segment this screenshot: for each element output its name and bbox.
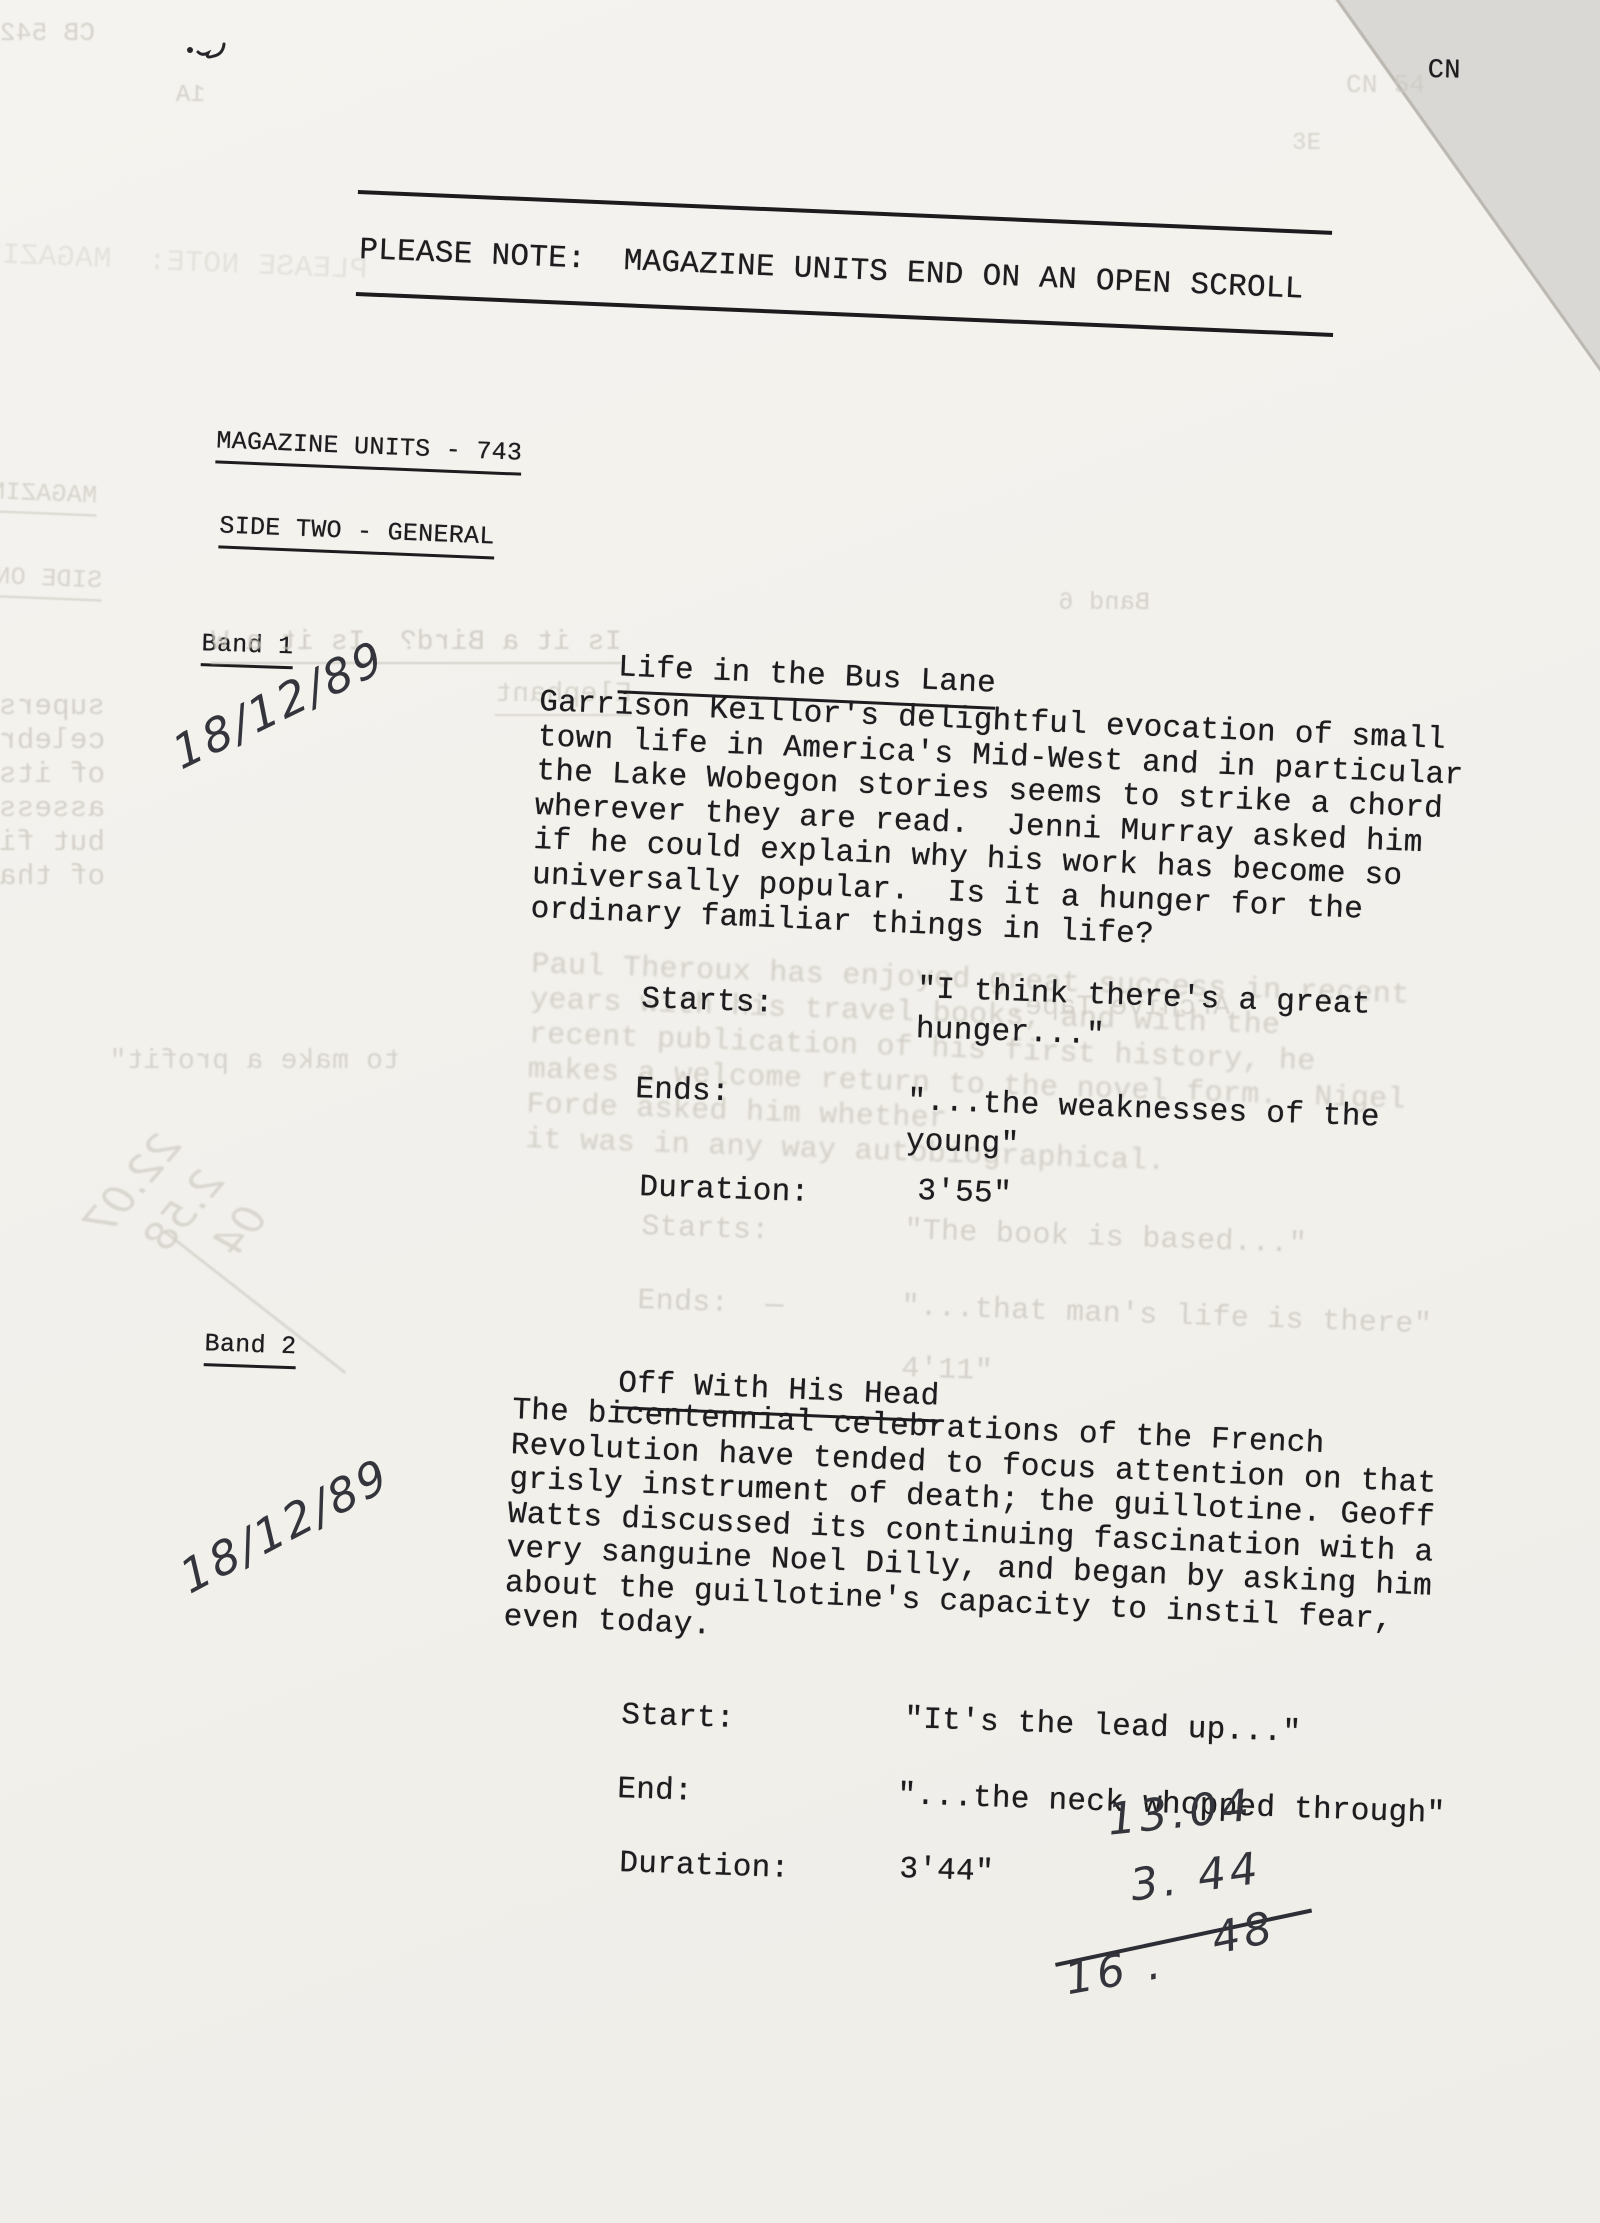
- band2-duration-label: Duration:: [619, 1846, 790, 1887]
- scanned-document: CB 5428 1A CN 54 3E CN PLEASE NOTE: MAGA…: [0, 0, 1600, 2223]
- sum-total-left: 16 .: [1061, 1938, 1168, 2006]
- band1-starts-value: "I think there's a great hunger...": [915, 970, 1371, 1066]
- ghost-ends-label: Ends: —: [637, 1284, 785, 1323]
- bleedthrough-mark: 3E: [1292, 130, 1321, 157]
- document-title-bleedthrough: MAGAZINE UNITS - 743: [0, 440, 160, 548]
- sum-total-right: 48: [1207, 1902, 1280, 1965]
- band1-starts-label: Starts:: [641, 982, 774, 1022]
- document-subtitle-bleedthrough: SIDE ONE - GENERAL: [0, 526, 165, 632]
- band2-label: Band 2: [142, 1298, 298, 1398]
- band2-label-text: Band 2: [204, 1329, 297, 1369]
- band1-ends-label: Ends:: [635, 1072, 731, 1110]
- band2-start-value: "It's the lead up...": [904, 1702, 1302, 1751]
- left-paragraph-bleedthrough: supersonic jet celebrated its twentieth …: [0, 690, 105, 894]
- ghost-starts-value: "The book is based...": [904, 1214, 1308, 1262]
- bleedthrough-mark: CN 54: [1346, 70, 1426, 100]
- notice-text: PLEASE NOTE: MAGAZINE UNITS END ON AN OP…: [359, 233, 1305, 308]
- document-subtitle-text: SIDE TWO - GENERAL: [219, 511, 496, 559]
- profit-bleedthrough: to make a profit": [109, 1046, 400, 1077]
- band1-description: Garrison Keillor's delightful evocation …: [530, 686, 1466, 966]
- margin-numbers-bleedthrough: 22.07 2.58 04: [72, 1120, 279, 1321]
- band2-end-label: End:: [617, 1772, 694, 1810]
- document-subtitle: SIDE TWO - GENERAL: [156, 480, 496, 588]
- notice-rule-top: [358, 190, 1332, 234]
- band2-date-annotation: 18/12/89: [172, 1447, 398, 1605]
- bleedthrough-mark: 1A: [176, 82, 205, 109]
- band2-start-label: Start:: [621, 1698, 736, 1737]
- band2-duration-value: 3'44": [899, 1852, 995, 1890]
- band2-description: The bicentennial celebrations of the Fre…: [503, 1394, 1439, 1674]
- document-title-text: MAGAZINE UNITS - 743: [216, 426, 523, 475]
- band1-duration-label: Duration:: [639, 1170, 810, 1211]
- ghost-starts-label: Starts:: [641, 1210, 770, 1248]
- bleedthrough-mark: CB 5428: [0, 18, 95, 48]
- band6-label-bleedthrough: Band 6: [1058, 588, 1150, 617]
- ink-mark: [186, 34, 232, 67]
- band1-duration-value: 3'55": [917, 1174, 1013, 1212]
- handwritten-sum: 13.04 3. 44 16 . 48: [1055, 1795, 1375, 2025]
- band1-ends-value: "...the weaknesses of the young": [905, 1082, 1380, 1178]
- corner-mark: CN: [1427, 56, 1461, 87]
- sum-addend2: 3. 44: [1127, 1843, 1265, 1912]
- ghost-ends-value: "...that man's life is there": [901, 1290, 1433, 1343]
- notice-bleedthrough: PLEASE NOTE: MAGAZINE UNITS END ON AN OP…: [0, 216, 368, 288]
